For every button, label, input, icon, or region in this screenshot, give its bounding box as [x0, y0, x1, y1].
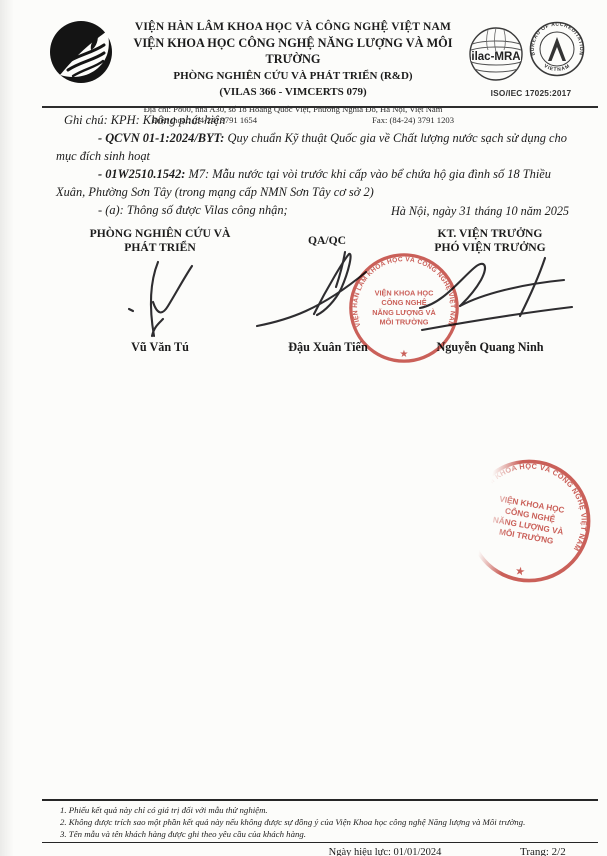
date-place-line: Hà Nội, ngày 31 tháng 10 năm 2025 — [360, 204, 600, 219]
org-name-parent: VIỆN HÀN LÂM KHOA HỌC VÀ CÔNG NGHỆ VIỆT … — [118, 20, 468, 34]
effective-date-label: Ngày hiệu lực: 01/01/2024 — [295, 847, 475, 856]
signer-name-rnd: Vũ Văn Tú — [62, 340, 258, 355]
stamp-star-icon: ★ — [400, 348, 409, 358]
note-qcvn-term: - QCVN 01-1:2024/BYT: — [98, 131, 224, 145]
footer-note-2: 2. Không được trích sao một phần kết quả… — [60, 816, 592, 828]
official-red-stamp: VIỆN HÀN LÂM KHOA HỌC VÀ CÔNG NGHỆ VIỆT … — [346, 250, 462, 366]
notes-section: Ghi chú: KPH: Không phát hiện - QCVN 01-… — [56, 111, 568, 219]
boa-logo-icon: BUREAU OF ACCREDITATION VIETNAM — [528, 20, 586, 78]
note-sample-term: - 01W2510.1542: — [98, 167, 185, 181]
institute-logo-icon — [46, 17, 116, 87]
org-name-institute: VIỆN KHOA HỌC CÔNG NGHỆ NĂNG LƯỢNG VÀ MÔ… — [118, 36, 468, 67]
footer-divider-top — [42, 799, 598, 801]
stamp2-star-icon: ★ — [515, 566, 526, 578]
stamp-center-line1: VIỆN KHOA HỌC — [375, 288, 434, 297]
footer-note-1: 1. Phiếu kết quả này chỉ có giá trị đối … — [60, 804, 592, 816]
stamp-center-line2: CÔNG NGHỆ — [381, 298, 426, 307]
overlap-red-stamp: VIỆN HÀN LÂM KHOA HỌC VÀ CÔNG NGHỆ VIỆT … — [454, 446, 605, 597]
footer-divider-bottom — [42, 842, 598, 843]
note-sample: - 01W2510.1542: M7: Mẫu nước tại vòi trư… — [56, 165, 568, 201]
svg-text:VIETNAM: VIETNAM — [543, 63, 572, 73]
boa-bottom-text: VIETNAM — [543, 63, 572, 73]
signer-title-director-line1: KT. VIỆN TRƯỞNG — [402, 227, 578, 241]
note-qcvn: - QCVN 01-1:2024/BYT: Quy chuẩn Kỹ thuật… — [56, 129, 568, 165]
stamp-center-line3: NĂNG LƯỢNG VÀ — [372, 308, 436, 317]
svg-text:ilac-MRA: ilac-MRA — [471, 51, 520, 63]
page-number-label: Trang: 2/2 — [520, 846, 600, 856]
iso-standard-label: ISO/IEC 17025:2017 — [468, 88, 594, 98]
note-kph: Ghi chú: KPH: Không phát hiện — [56, 111, 568, 129]
signer-title-rnd-line1: PHÒNG NGHIÊN CỨU VÀ — [62, 227, 258, 241]
signature-vu-van-tu — [122, 252, 212, 344]
header-divider — [42, 106, 598, 108]
department-name: PHÒNG NGHIÊN CỨU VÀ PHÁT TRIỂN (R&D) — [118, 70, 468, 84]
footer-note-3: 3. Tên mẫu và tên khách hàng được ghi th… — [60, 828, 592, 840]
stamp-center-line4: MÔI TRƯỜNG — [380, 317, 429, 326]
scanned-document-page: VIỆN HÀN LÂM KHOA HỌC VÀ CÔNG NGHỆ VIỆT … — [0, 0, 607, 856]
ilac-mra-logo-icon: ilac-MRA — [468, 26, 524, 82]
accreditation-codes: (VILAS 366 - VIMCERTS 079) — [118, 86, 468, 100]
footer-notes: 1. Phiếu kết quả này chỉ có giá trị đối … — [60, 804, 592, 840]
